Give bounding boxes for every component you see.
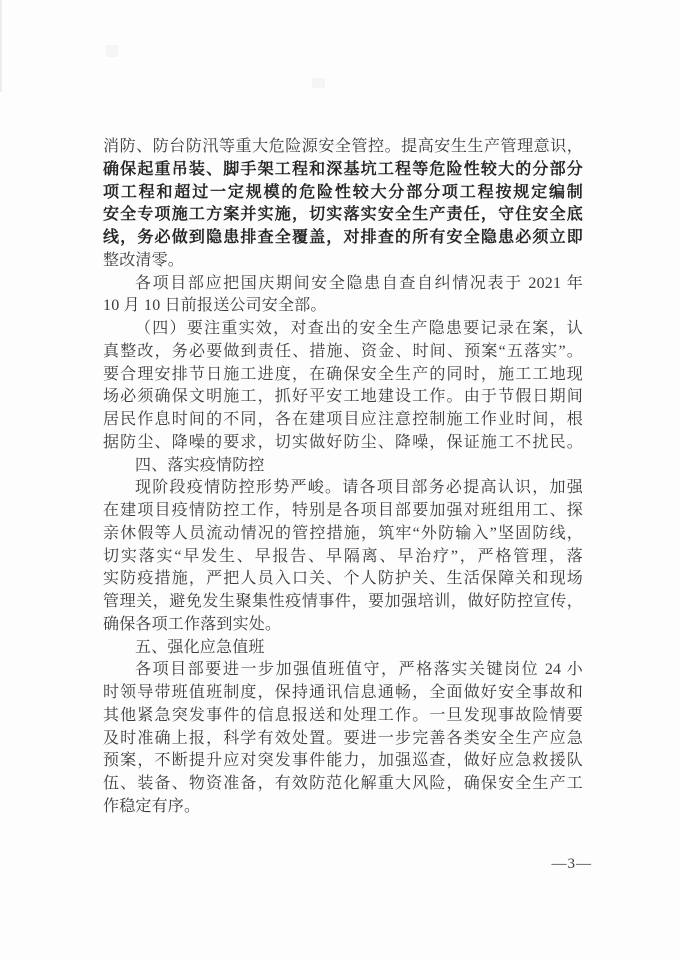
text-line: 安全专项施工方案并实施，切实落实安全生产责任，守住安全底 [103, 204, 583, 227]
text-line: 各项目部应把国庆期间安全隐患自查自纠情况表于 2021 年 [103, 273, 583, 296]
text-line: 五、强化应急值班 [103, 637, 583, 660]
text-line: （四）要注重实效，对查出的安全生产隐患要记录在案，认 [103, 318, 583, 341]
document-page: 消防、防台防汛等重大危险源安全管控。提高安生生产管理意识，确保起重吊装、脚手架工… [0, 0, 679, 960]
text-line: 在建项目疫情防控工作，特别是各项目部要加强对班组用工、探 [103, 500, 583, 523]
text-line: 伍、装备、物资准备，有效防范化解重大风险，确保安全生产工 [103, 773, 583, 796]
text-line: 要合理安排节日施工进度，在确保安全生产的同时，施工工地现 [103, 364, 583, 387]
text-line: 消防、防台防汛等重大危险源安全管控。提高安生生产管理意识， [103, 136, 583, 159]
text-line: 居民作息时间的不同，各在建项目应注意控制施工作业时间，根 [103, 409, 583, 432]
text-line: 确保各项工作落到实处。 [103, 614, 583, 637]
text-line: 真整改，务必要做到责任、措施、资金、时间、预案“五落实”。 [103, 341, 583, 364]
text-line: 确保起重吊装、脚手架工程和深基坑工程等危险性较大的分部分 [103, 159, 583, 182]
page-number: —3— [552, 856, 593, 873]
text-line: 时领导带班值班制度，保持通讯信息通畅，全面做好安全事故和 [103, 682, 583, 705]
text-line: 管理关，避免发生聚集性疫情事件，要加强培训，做好防控宣传， [103, 591, 583, 614]
text-line: 实防疫措施，严把人员入口关、个人防护关、生活保障关和现场 [103, 568, 583, 591]
text-line: 切实落实“早发生、早报告、早隔离、早治疗”，严格管理，落 [103, 546, 583, 569]
text-line: 项工程和超过一定规模的危险性较大分部分项工程按规定编制 [103, 182, 583, 205]
text-line: 亲休假等人员流动情况的管控措施，筑牢“外防输入”坚固防线， [103, 523, 583, 546]
text-line: 场必须确保文明施工，抓好平安工地建设工作。由于节假日期间 [103, 386, 583, 409]
text-line: 作稳定有序。 [103, 796, 583, 819]
scan-edge-artifact [0, 0, 2, 92]
scan-smudge [106, 45, 118, 57]
text-line: 四、落实疫情防控 [103, 455, 583, 478]
text-line: 各项目部要进一步加强值班值守，严格落实关键岗位 24 小 [103, 659, 583, 682]
text-line: 据防尘、降噪的要求，切实做好防尘、降噪，保证施工不扰民。 [103, 432, 583, 455]
document-body-text: 消防、防台防汛等重大危险源安全管控。提高安生生产管理意识，确保起重吊装、脚手架工… [103, 136, 583, 819]
scan-smudge [312, 78, 325, 88]
text-line: 现阶段疫情防控形势严峻。请各项目部务必提高认识，加强 [103, 477, 583, 500]
text-line: 线，务必做到隐患排查全覆盖，对排查的所有安全隐患必须立即 [103, 227, 583, 250]
text-line: 其他紧急突发事件的信息报送和处理工作。一旦发现事故险情要 [103, 705, 583, 728]
text-line: 10 月 10 日前报送公司安全部。 [103, 295, 583, 318]
text-line: 及时准确上报，科学有效处置。要进一步完善各类安全生产应急 [103, 728, 583, 751]
text-line: 整改清零。 [103, 250, 583, 273]
text-line: 预案，不断提升应对突发事件能力，加强巡查，做好应急救援队 [103, 750, 583, 773]
